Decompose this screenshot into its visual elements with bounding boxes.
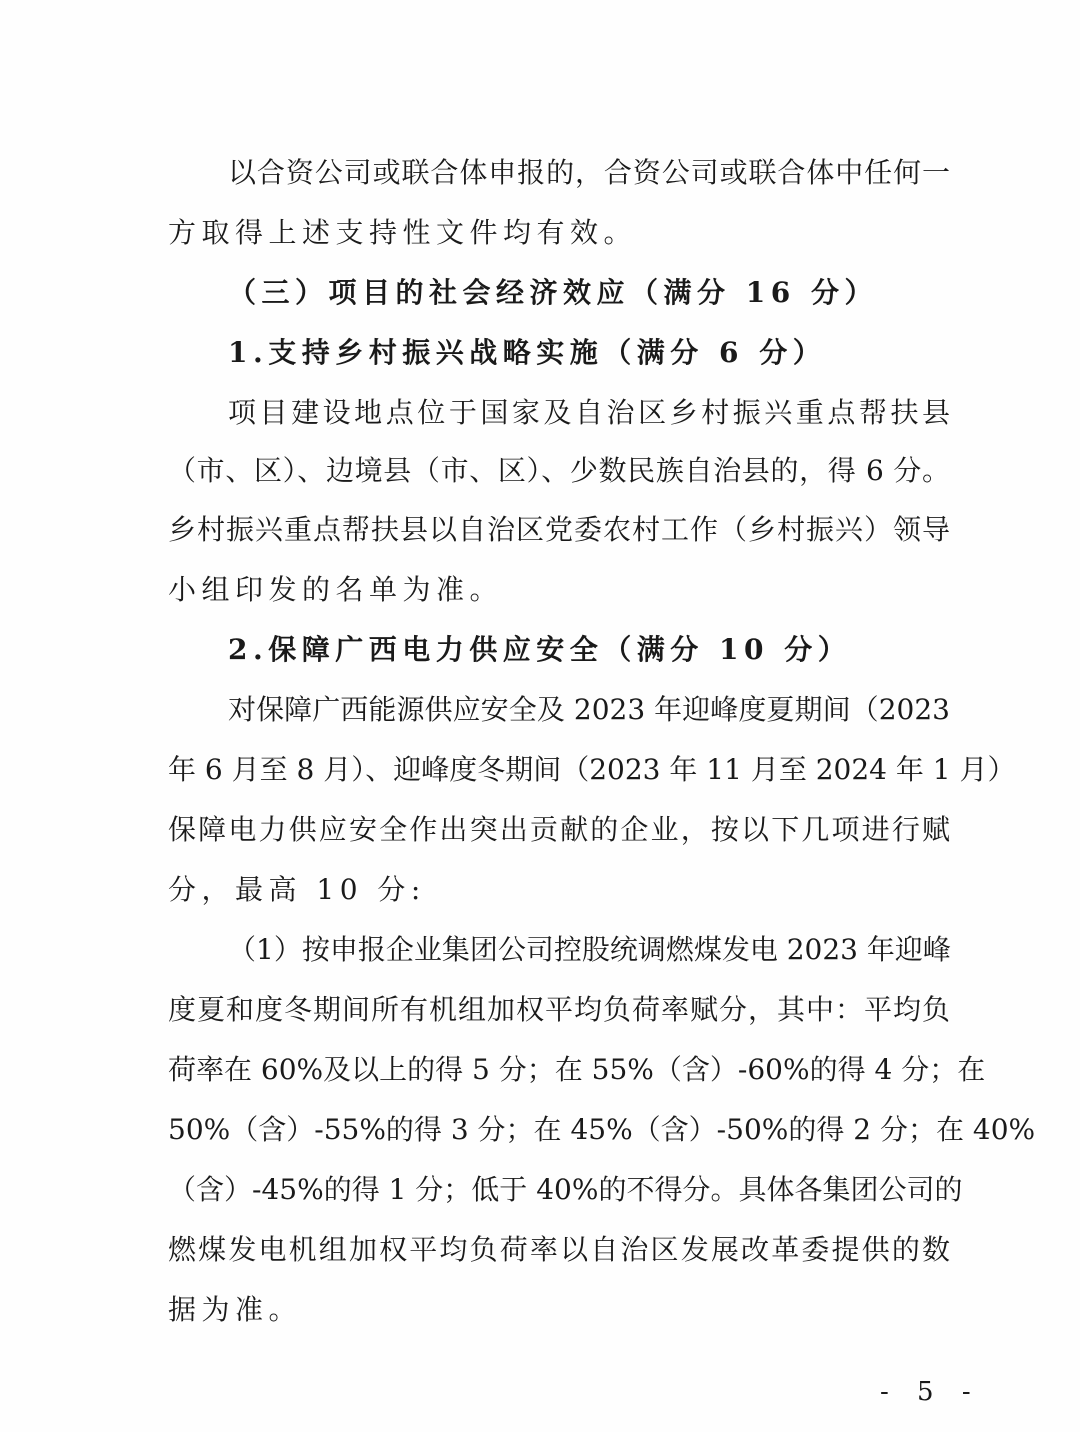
paragraph-line: 方取得上述支持性文件均有效。 [168, 213, 950, 253]
page-number: - 5 - [880, 1372, 981, 1412]
paragraph-line: 以合资公司或联合体申报的，合资公司或联合体中任何一 [228, 153, 950, 193]
subsection-heading: 1.支持乡村振兴战略实施（满分 6 分） [228, 333, 950, 373]
paragraph-line: 乡村振兴重点帮扶县以自治区党委农村工作（乡村振兴）领导 [168, 510, 950, 550]
paragraph-line: 小组印发的名单为准。 [168, 570, 950, 610]
subsection-heading: 2.保障广西电力供应安全（满分 10 分） [228, 630, 950, 670]
paragraph-line: 荷率在 60%及以上的得 5 分；在 55%（含）-60%的得 4 分；在 [168, 1050, 950, 1090]
document-page: 以合资公司或联合体申报的，合资公司或联合体中任何一 方取得上述支持性文件均有效。… [0, 0, 1080, 1432]
paragraph-line: 分，最高 10 分: [168, 870, 950, 910]
section-heading: （三）项目的社会经济效应（满分 16 分） [228, 273, 950, 313]
paragraph-line: 度夏和度冬期间所有机组加权平均负荷率赋分，其中：平均负 [168, 990, 950, 1030]
paragraph-line: 燃煤发电机组加权平均负荷率以自治区发展改革委提供的数 [168, 1230, 950, 1270]
paragraph-line: （1）按申报企业集团公司控股统调燃煤发电 2023 年迎峰 [228, 930, 950, 970]
paragraph-line: 对保障广西能源供应安全及 2023 年迎峰度夏期间（2023 [228, 690, 950, 730]
paragraph-line: （市、区）、边境县（市、区）、少数民族自治县的，得 6 分。 [168, 451, 950, 491]
paragraph-line: 年 6 月至 8 月）、迎峰度冬期间（2023 年 11 月至 2024 年 1… [168, 750, 950, 790]
paragraph-line: 据为准。 [168, 1290, 950, 1330]
paragraph-line: （含）-45%的得 1 分；低于 40%的不得分。具体各集团公司的 [168, 1170, 950, 1210]
paragraph-line: 项目建设地点位于国家及自治区乡村振兴重点帮扶县 [228, 393, 950, 433]
paragraph-line: 50%（含）-55%的得 3 分；在 45%（含）-50%的得 2 分；在 40… [168, 1110, 950, 1150]
paragraph-line: 保障电力供应安全作出突出贡献的企业，按以下几项进行赋 [168, 810, 950, 850]
